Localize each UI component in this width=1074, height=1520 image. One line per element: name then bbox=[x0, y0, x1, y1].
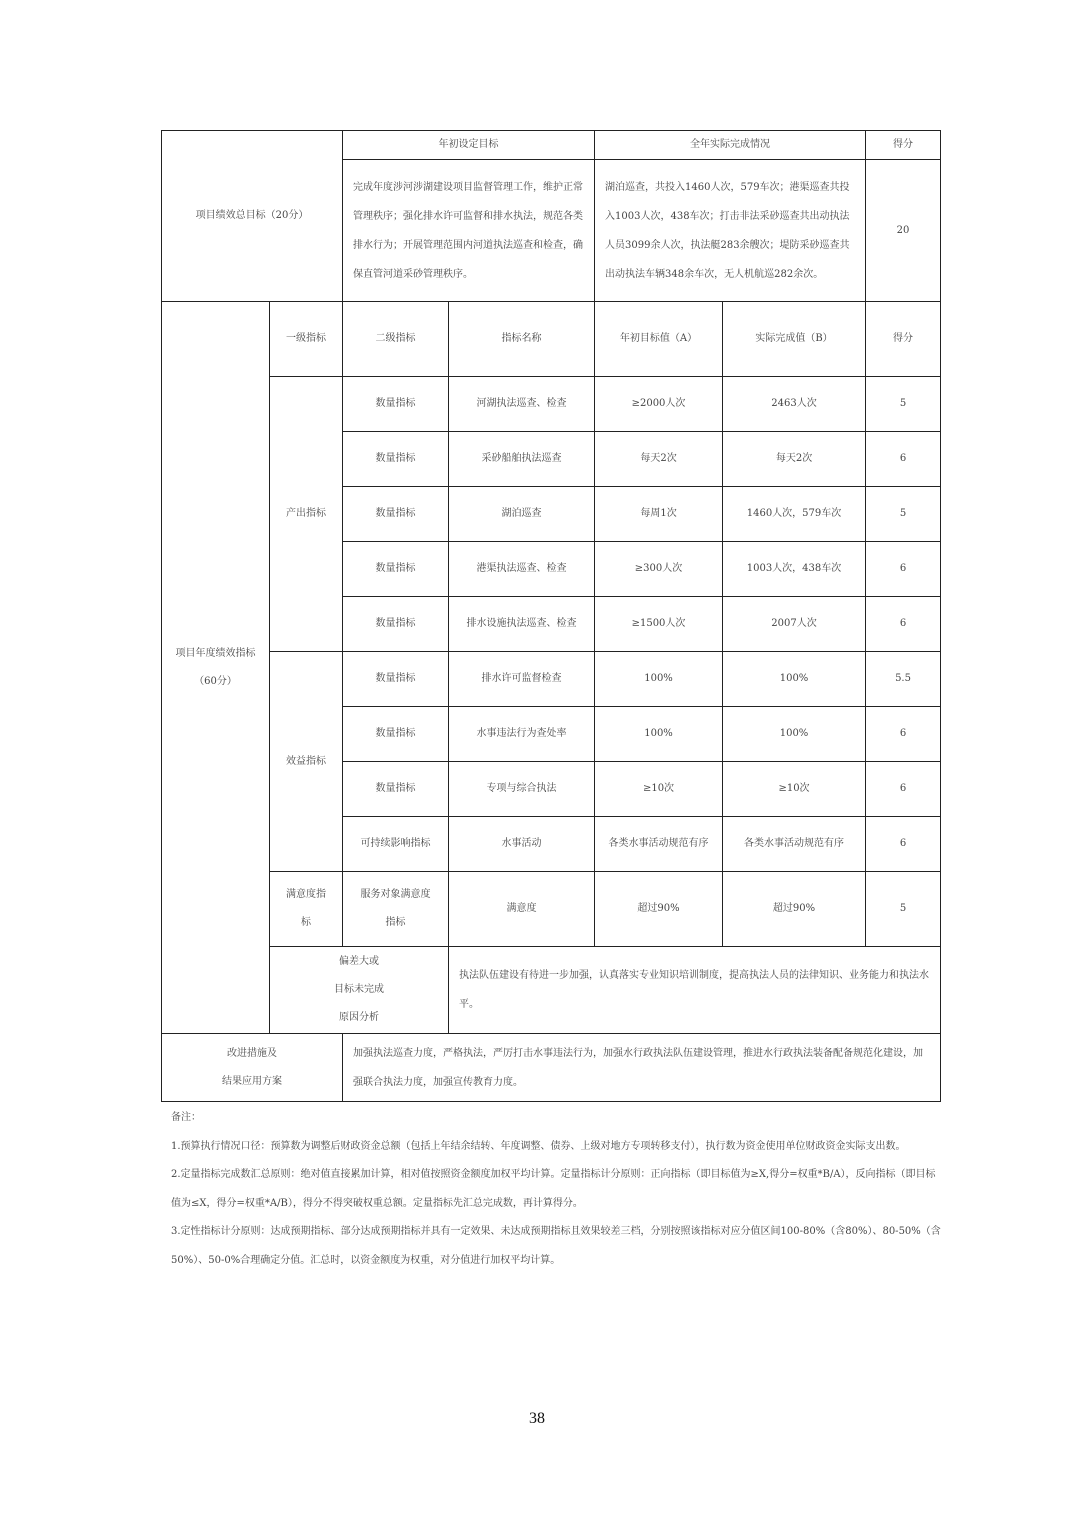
row-level2: 数量指标 bbox=[343, 542, 449, 597]
header-actual: 全年实际完成情况 bbox=[595, 131, 866, 160]
row-score: 5 bbox=[866, 487, 941, 542]
annual-indicators-label: 项目年度绩效指标 （60分） bbox=[162, 302, 270, 1034]
row-score: 6 bbox=[866, 432, 941, 487]
header-score: 得分 bbox=[866, 131, 941, 160]
notes-title: 备注： bbox=[171, 1104, 941, 1133]
table-row: 效益指标 数量指标 排水许可监督检查 100% 100% 5.5 bbox=[162, 652, 941, 707]
col-header-target: 年初目标值（A） bbox=[595, 302, 723, 377]
col-header-name: 指标名称 bbox=[449, 302, 595, 377]
level2-line1: 服务对象满意度 bbox=[349, 881, 442, 909]
row-name: 水事活动 bbox=[449, 817, 595, 872]
row-name: 水事违法行为查处率 bbox=[449, 707, 595, 762]
row-actual: 100% bbox=[723, 652, 866, 707]
col-header-score: 得分 bbox=[866, 302, 941, 377]
page-number: 38 bbox=[0, 1410, 1074, 1428]
row-target: 每周1次 bbox=[595, 487, 723, 542]
row-actual: 每天2次 bbox=[723, 432, 866, 487]
row-level2: 数量指标 bbox=[343, 377, 449, 432]
improvement-text: 加强执法巡查力度，严格执法，严厉打击水事违法行为，加强水行政执法队伍建设管理，推… bbox=[343, 1034, 941, 1102]
row-target: 100% bbox=[595, 707, 723, 762]
row-target: ≥300人次 bbox=[595, 542, 723, 597]
improvement-label: 改进措施及 结果应用方案 bbox=[162, 1034, 343, 1102]
row-level2: 数量指标 bbox=[343, 487, 449, 542]
summary-target-text: 完成年度涉河涉湖建设项目监督管理工作，维护正常管理秩序；强化排水许可监督和排水执… bbox=[343, 160, 595, 302]
row-name: 排水设施执法巡查、检查 bbox=[449, 597, 595, 652]
row-score: 5 bbox=[866, 872, 941, 947]
row-level2: 服务对象满意度 指标 bbox=[343, 872, 449, 947]
row-target: ≥2000人次 bbox=[595, 377, 723, 432]
row-score: 6 bbox=[866, 542, 941, 597]
table-row: 产出指标 数量指标 河湖执法巡查、检查 ≥2000人次 2463人次 5 bbox=[162, 377, 941, 432]
deviation-label-line3: 原因分析 bbox=[276, 1004, 442, 1032]
table-row: 满意度指 标 服务对象满意度 指标 满意度 超过90% 超过90% 5 bbox=[162, 872, 941, 947]
row-target: 各类水事活动规范有序 bbox=[595, 817, 723, 872]
deviation-label: 偏差大或 目标未完成 原因分析 bbox=[270, 947, 449, 1034]
row-actual: 1460人次，579车次 bbox=[723, 487, 866, 542]
row-level2: 数量指标 bbox=[343, 432, 449, 487]
row-target: ≥1500人次 bbox=[595, 597, 723, 652]
row-actual: 100% bbox=[723, 707, 866, 762]
group-satisfaction: 满意度指 标 bbox=[270, 872, 343, 947]
header-target: 年初设定目标 bbox=[343, 131, 595, 160]
row-name: 湖泊巡查 bbox=[449, 487, 595, 542]
row-name: 专项与综合执法 bbox=[449, 762, 595, 817]
row-name: 采砂船舶执法巡查 bbox=[449, 432, 595, 487]
row-target: 100% bbox=[595, 652, 723, 707]
satisfaction-line2: 标 bbox=[276, 909, 336, 937]
row-actual: ≥10次 bbox=[723, 762, 866, 817]
row-name: 排水许可监督检查 bbox=[449, 652, 595, 707]
level2-line2: 指标 bbox=[349, 909, 442, 937]
row-level2: 数量指标 bbox=[343, 597, 449, 652]
note-item-3: 3.定性指标计分原则：达成预期指标、部分达成预期指标并具有一定效果、未达成预期指… bbox=[171, 1218, 941, 1275]
row-name: 港渠执法巡查、检查 bbox=[449, 542, 595, 597]
row-target: 超过90% bbox=[595, 872, 723, 947]
row-actual: 超过90% bbox=[723, 872, 866, 947]
summary-goal-label: 项目绩效总目标（20分） bbox=[162, 131, 343, 302]
note-item-2: 2.定量指标完成数汇总原则：绝对值直接累加计算，相对值按照资金额度加权平均计算。… bbox=[171, 1161, 941, 1218]
row-score: 5.5 bbox=[866, 652, 941, 707]
row-score: 6 bbox=[866, 762, 941, 817]
row-level2: 数量指标 bbox=[343, 762, 449, 817]
improvement-label-line2: 结果应用方案 bbox=[168, 1068, 336, 1096]
row-level2: 数量指标 bbox=[343, 652, 449, 707]
deviation-label-line1: 偏差大或 bbox=[276, 948, 442, 976]
summary-actual-text: 湖泊巡查，共投入1460人次，579车次；港渠巡查共投入1003人次，438车次… bbox=[595, 160, 866, 302]
row-actual: 1003人次，438车次 bbox=[723, 542, 866, 597]
note-item-1: 1.预算执行情况口径：预算数为调整后财政资金总额（包括上年结余结转、年度调整、债… bbox=[171, 1133, 941, 1162]
row-level2: 可持续影响指标 bbox=[343, 817, 449, 872]
row-target: 每天2次 bbox=[595, 432, 723, 487]
row-score: 6 bbox=[866, 817, 941, 872]
row-name: 河湖执法巡查、检查 bbox=[449, 377, 595, 432]
row-actual: 各类水事活动规范有序 bbox=[723, 817, 866, 872]
deviation-text: 执法队伍建设有待进一步加强，认真落实专业知识培训制度，提高执法人员的法律知识、业… bbox=[449, 947, 941, 1034]
group-output: 产出指标 bbox=[270, 377, 343, 652]
col-header-level2: 二级指标 bbox=[343, 302, 449, 377]
annual-label-line2: （60分） bbox=[168, 668, 263, 696]
performance-table: 项目绩效总目标（20分） 年初设定目标 全年实际完成情况 得分 完成年度涉河涉湖… bbox=[161, 130, 941, 1102]
notes-section: 备注： 1.预算执行情况口径：预算数为调整后财政资金总额（包括上年结余结转、年度… bbox=[171, 1104, 941, 1275]
satisfaction-line1: 满意度指 bbox=[276, 881, 336, 909]
annual-label-line1: 项目年度绩效指标 bbox=[168, 640, 263, 668]
row-score: 6 bbox=[866, 707, 941, 762]
row-score: 6 bbox=[866, 597, 941, 652]
row-target: ≥10次 bbox=[595, 762, 723, 817]
col-header-actual: 实际完成值（B） bbox=[723, 302, 866, 377]
row-actual: 2463人次 bbox=[723, 377, 866, 432]
improvement-label-line1: 改进措施及 bbox=[168, 1040, 336, 1068]
row-name: 满意度 bbox=[449, 872, 595, 947]
deviation-label-line2: 目标未完成 bbox=[276, 976, 442, 1004]
row-level2: 数量指标 bbox=[343, 707, 449, 762]
col-header-level1: 一级指标 bbox=[270, 302, 343, 377]
row-actual: 2007人次 bbox=[723, 597, 866, 652]
summary-score: 20 bbox=[866, 160, 941, 302]
group-benefit: 效益指标 bbox=[270, 652, 343, 872]
document-page: 项目绩效总目标（20分） 年初设定目标 全年实际完成情况 得分 完成年度涉河涉湖… bbox=[0, 0, 1074, 1520]
row-score: 5 bbox=[866, 377, 941, 432]
